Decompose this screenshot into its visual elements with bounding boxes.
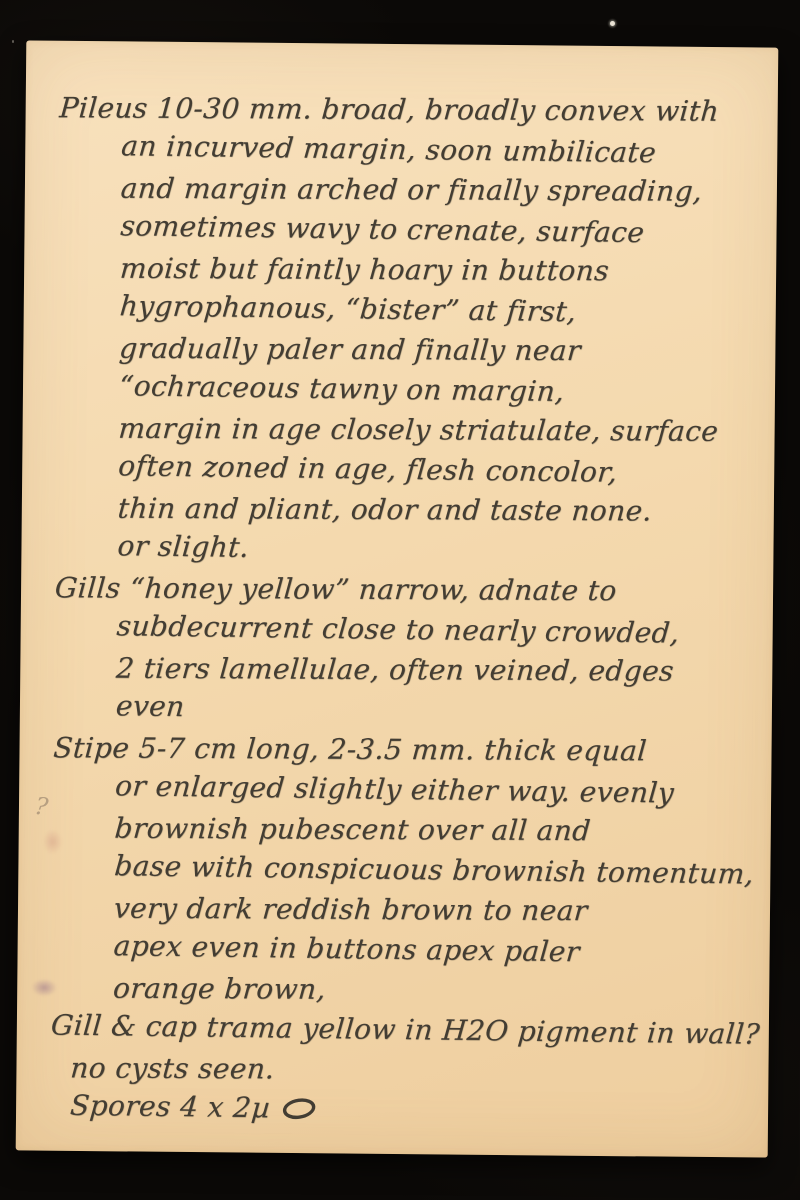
handwritten-text-block: Pileus 10-30 mm. broad, broadly convex w… — [16, 40, 779, 1157]
note-line: hygrophanous, “bister” at first, — [118, 286, 755, 334]
note-line: orange brown, — [112, 969, 749, 1012]
note-line: margin in age closely striatulate, surfa… — [117, 409, 754, 452]
dust-speck — [12, 40, 14, 43]
note-line: even — [114, 686, 751, 734]
note-line-gills-start: Gills “honey yellow” narrow, adnate to — [53, 568, 752, 612]
note-line: thin and pliant, odor and taste none. — [116, 489, 753, 532]
note-line: an incurved margin, soon umbilicate — [120, 126, 757, 174]
note-line: gradually paler and finally near — [118, 329, 755, 372]
spore-shape-ellipse-icon — [279, 1095, 319, 1121]
note-line: 2 tiers lamellulae, often veined, edges — [115, 649, 752, 692]
note-line: sometimes wavy to crenate, surface — [119, 206, 756, 254]
note-line: apex even in buttons apex paler — [112, 926, 749, 974]
note-line: or slight. — [116, 526, 753, 574]
note-line-cystidia: no cysts seen. — [69, 1048, 748, 1092]
note-line: very dark reddish brown to near — [112, 889, 749, 932]
note-line: or enlarged slightly either way. evenly — [114, 766, 751, 814]
note-line-pileus-start: Pileus 10-30 mm. broad, broadly convex w… — [58, 88, 757, 132]
note-line-spores: Spores 4 x 2µ — [69, 1086, 748, 1135]
note-card: ? Pileus 10-30 mm. broad, broadly convex… — [16, 40, 779, 1157]
note-line: “ochraceous tawny on margin, — [117, 366, 754, 414]
note-line-stipe-start: Stipe 5-7 cm long, 2-3.5 mm. thick equal — [52, 728, 751, 772]
note-line: base with conspicuous brownish tomentum, — [113, 846, 750, 894]
note-line: and margin arched or finally spreading, — [119, 169, 756, 212]
note-line: brownish pubescent over all and — [113, 809, 750, 852]
note-line: often zoned in age, flesh concolor, — [117, 446, 754, 494]
dust-speck — [610, 21, 615, 26]
note-line-trama: Gill & cap trama yellow in H2O pigment i… — [49, 1005, 748, 1054]
note-line: subdecurrent close to nearly crowded, — [115, 606, 752, 654]
note-line: moist but faintly hoary in buttons — [119, 249, 756, 292]
